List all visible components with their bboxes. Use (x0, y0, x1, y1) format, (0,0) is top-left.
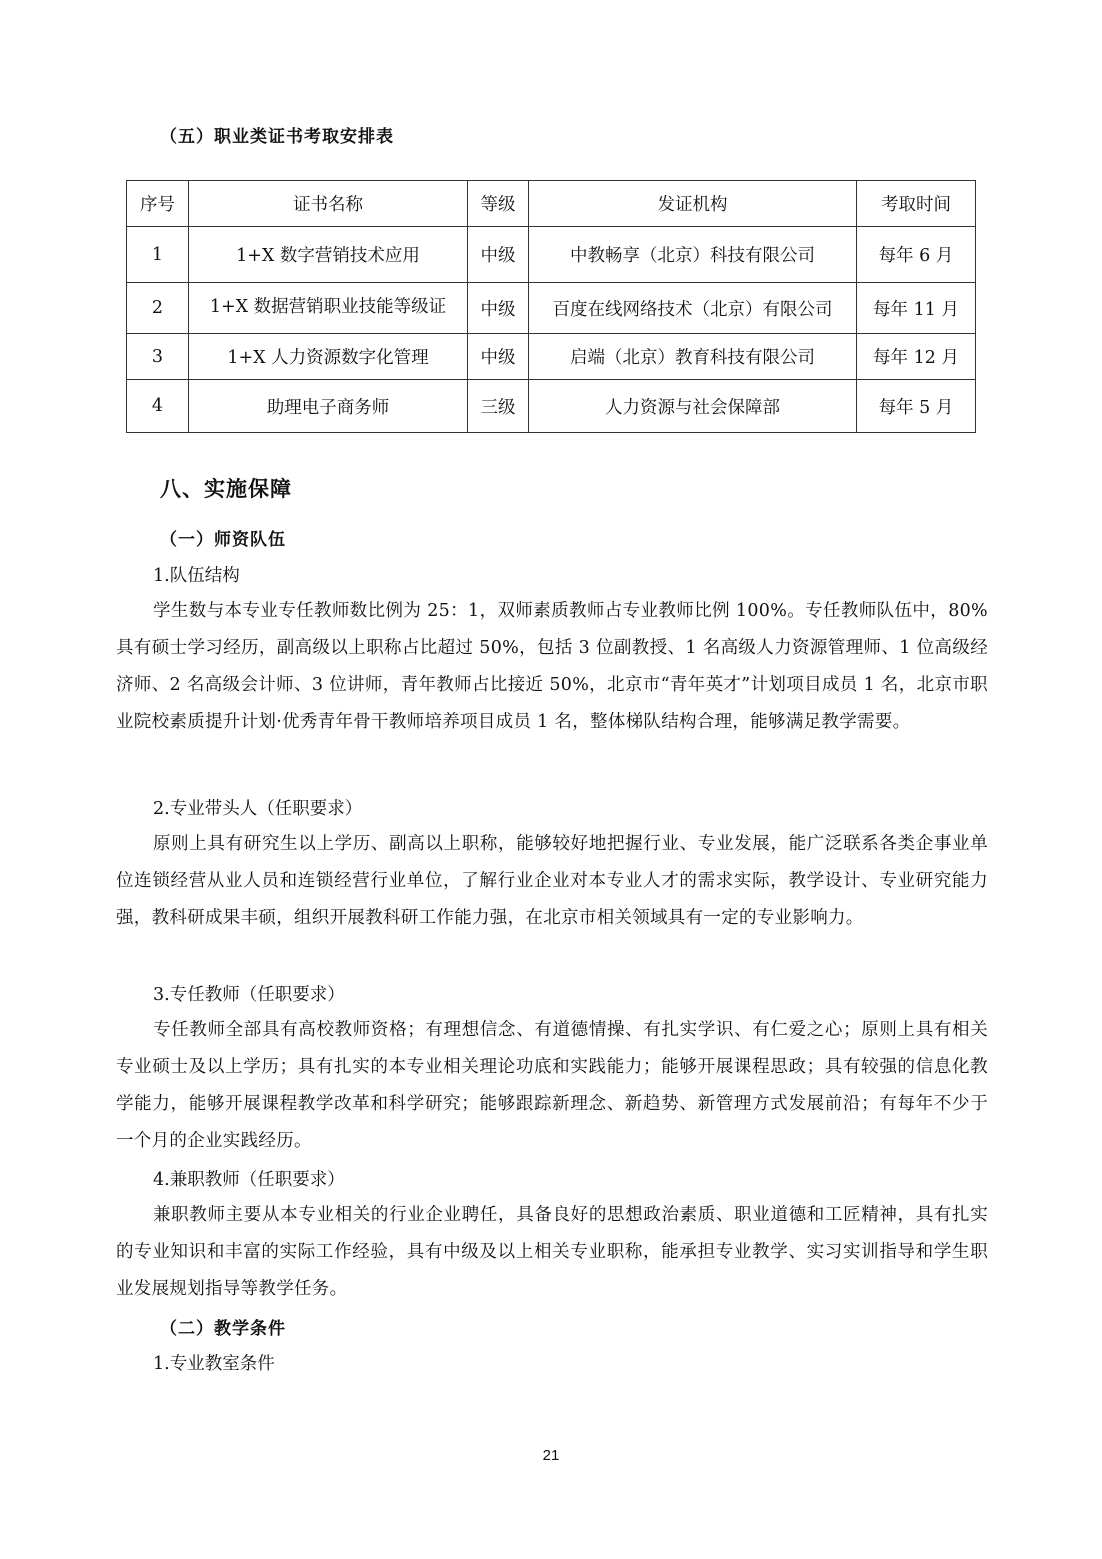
page-number: 21 (0, 1447, 1102, 1464)
cell-index: 4 (127, 380, 189, 433)
certificate-table: 序号 证书名称 等级 发证机构 考取时间 1 1+X 数字营销技术应用 中级 中… (126, 180, 976, 433)
cell-cert-name: 1+X 数字营销技术应用 (189, 227, 468, 283)
section-title-certificates: （五）职业类证书考取安排表 (160, 122, 394, 147)
cell-exam-time: 每年 11 月 (857, 283, 976, 334)
cell-issuer: 人力资源与社会保障部 (529, 380, 857, 433)
cell-level: 中级 (468, 283, 529, 334)
cell-index: 3 (127, 334, 189, 380)
subsection-title-teaching-conditions: （二）教学条件 (160, 1314, 286, 1339)
cell-index: 2 (127, 283, 189, 334)
cell-cert-name: 助理电子商务师 (189, 380, 468, 433)
item-heading-classroom-conditions: 1.专业教室条件 (153, 1350, 275, 1375)
paragraph-program-leader: 原则上具有研究生以上学历、副高以上职称，能够较好地把握行业、专业发展，能广泛联系… (116, 826, 988, 937)
header-cell: 证书名称 (189, 181, 468, 227)
subsection-title-faculty: （一）师资队伍 (160, 525, 286, 550)
item-heading-team-structure: 1.队伍结构 (153, 562, 240, 587)
cell-exam-time: 每年 12 月 (857, 334, 976, 380)
item-heading-program-leader: 2.专业带头人（任职要求） (153, 795, 362, 820)
header-cell: 等级 (468, 181, 529, 227)
cell-issuer: 百度在线网络技术（北京）有限公司 (529, 283, 857, 334)
chapter-title: 八、实施保障 (160, 473, 292, 503)
paragraph-parttime-teachers: 兼职教师主要从本专业相关的行业企业聘任，具备良好的思想政治素质、职业道德和工匠精… (116, 1197, 988, 1308)
paragraph-team-structure: 学生数与本专业专任教师数比例为 25：1，双师素质教师占专业教师比例 100%。… (116, 593, 988, 741)
cell-cert-name: 1+X 数据营销职业技能等级证 (189, 283, 468, 334)
cell-exam-time: 每年 5 月 (857, 380, 976, 433)
header-cell: 序号 (127, 181, 189, 227)
cell-exam-time: 每年 6 月 (857, 227, 976, 283)
cell-level: 中级 (468, 227, 529, 283)
cell-index: 1 (127, 227, 189, 283)
table-header-row: 序号 证书名称 等级 发证机构 考取时间 (127, 181, 976, 227)
item-heading-parttime-teachers: 4.兼职教师（任职要求） (153, 1166, 345, 1191)
table-row: 2 1+X 数据营销职业技能等级证 中级 百度在线网络技术（北京）有限公司 每年… (127, 283, 976, 334)
header-cell: 发证机构 (529, 181, 857, 227)
table-row: 3 1+X 人力资源数字化管理 中级 启端（北京）教育科技有限公司 每年 12 … (127, 334, 976, 380)
item-heading-fulltime-teachers: 3.专任教师（任职要求） (153, 981, 345, 1006)
cell-issuer: 启端（北京）教育科技有限公司 (529, 334, 857, 380)
cell-level: 三级 (468, 380, 529, 433)
header-cell: 考取时间 (857, 181, 976, 227)
cell-issuer: 中教畅享（北京）科技有限公司 (529, 227, 857, 283)
table-row: 1 1+X 数字营销技术应用 中级 中教畅享（北京）科技有限公司 每年 6 月 (127, 227, 976, 283)
cell-cert-name: 1+X 人力资源数字化管理 (189, 334, 468, 380)
paragraph-fulltime-teachers: 专任教师全部具有高校教师资格；有理想信念、有道德情操、有扎实学识、有仁爱之心；原… (116, 1012, 988, 1160)
table-row: 4 助理电子商务师 三级 人力资源与社会保障部 每年 5 月 (127, 380, 976, 433)
cell-level: 中级 (468, 334, 529, 380)
